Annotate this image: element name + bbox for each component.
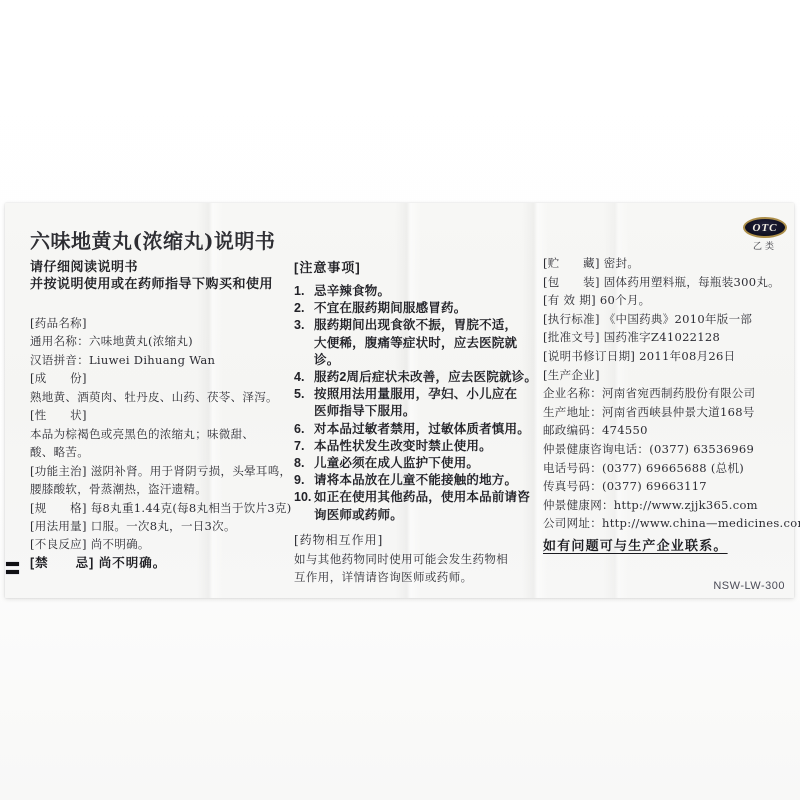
description-line: 本品为棕褐色或亮黑色的浓缩丸；味微甜、 [30,425,298,443]
section-drug-interactions: [药物相互作用] [294,531,542,550]
company-website-line: 公司网址：http://www.china—medicines.com [543,514,795,533]
item-text: 服药2周后症状未改善，应去医院就诊。 [314,369,537,386]
standard-line: [执行标准] 《中国药典》2010年版一部 [543,310,795,329]
item-number: 1. [294,283,314,300]
item-text: 按照用法用量服用，孕妇、小儿应在 医师指导下服用。 [314,386,517,420]
precaution-item: 4. 服药2周后症状未改善，应去医院就诊。 [294,369,542,386]
revision-date-line: [说明书修订日期] 2011年08月26日 [543,347,795,366]
functions-line: 腰膝酸软，骨蒸潮热，盗汗遗精。 [30,480,298,498]
item-number: 10. [294,489,314,506]
phone-line: 电话号码：(0377) 69665688 (总机) [543,459,795,478]
item-number: 3. [294,317,314,334]
item-text: 儿童必须在成人监护下使用。 [314,455,479,472]
approval-number-line: [批准文号] 国药准字Z41022128 [543,328,795,347]
functions-line: [功能主治] 滋阴补肾。用于肾阴亏损，头晕耳鸣， [30,462,298,480]
section-drug-name: [药品名称] [30,314,298,332]
item-number: 7. [294,438,314,455]
registration-bar [6,562,19,566]
precaution-item: 6. 对本品过敏者禁用，过敏体质者慎用。 [294,421,542,438]
item-text: 服药期间出现食欲不振，胃脘不适， 大便稀，腹痛等症状时，应去医院就诊。 [314,317,542,369]
address-line: 生产地址：河南省西峡县仲景大道168号 [543,403,795,422]
item-text: 请将本品放在儿童不能接触的地方。 [314,472,517,489]
description-line: 酸、略苦。 [30,443,298,461]
precaution-item: 1. 忌辛辣食物。 [294,283,542,300]
leaflet-photo: { "header": { "title": "六味地黄丸(浓缩丸)说明书", … [0,0,800,800]
otc-icon: OTC [743,217,787,238]
health-website-line: 仲景健康网：http://www.zjjk365.com [543,496,795,515]
item-number: 2. [294,300,314,317]
interaction-text: 如与其他药物同时使用可能会发生药物相 [294,550,542,569]
item-text: 不宜在服药期间服感冒药。 [314,300,466,317]
otc-label: OTC [753,222,778,234]
item-text: 如正在使用其他药品，使用本品前请咨 询医师或药师。 [314,489,530,523]
fax-line: 传真号码：(0377) 69663117 [543,477,795,496]
item-text: 对本品过敏者禁用，过敏体质者慎用。 [314,421,530,438]
specification-line: [规 格] 每8丸重1.44克(每8丸相当于饮片3克) [30,499,298,517]
contact-manufacturer-note: 如有问题可与生产企业联系。 [543,535,795,554]
composition-line: 熟地黄、酒萸肉、牡丹皮、山药、茯苓、泽泻。 [30,388,298,406]
precaution-item: 3. 服药期间出现食欲不振，胃脘不适， 大便稀，腹痛等症状时，应去医院就诊。 [294,317,542,369]
section-precautions: [注意事项] [294,257,542,276]
section-manufacturer: [生产企业] [543,366,795,385]
item-number: 4. [294,369,314,386]
notice-line: 并按说明使用或在药师指导下购买和使用 [30,275,273,292]
pinyin-line: 汉语拼音：Liuwei Dihuang Wan [30,351,298,369]
generic-name-line: 通用名称：六味地黄丸(浓缩丸) [30,332,298,350]
adverse-reactions-line: [不良反应] 尚不明确。 [30,535,298,553]
read-instructions-notice: 请仔细阅读说明书 并按说明使用或在药师指导下购买和使用 [30,258,273,292]
leaflet-paper: 六味地黄丸(浓缩丸)说明书 OTC 乙类 请仔细阅读说明书 并按说明使用或在药师… [5,203,794,598]
packaging-line: [包 装] 固体药用塑料瓶，每瓶装300丸。 [543,273,795,292]
item-number: 9. [294,472,314,489]
precaution-item: 5. 按照用法用量服用，孕妇、小儿应在 医师指导下服用。 [294,386,542,420]
page-title: 六味地黄丸(浓缩丸)说明书 [30,225,275,254]
document-code: NSW-LW-300 [713,580,785,592]
dosage-line: [用法用量] 口服。一次8丸，一日3次。 [30,517,298,535]
shelf-life-line: [有 效 期] 60个月。 [543,291,795,310]
drug-info-column: [药品名称] 通用名称：六味地黄丸(浓缩丸) 汉语拼音：Liuwei Dihua… [30,314,298,572]
item-number: 6. [294,421,314,438]
notice-line: 请仔细阅读说明书 [30,258,273,275]
precaution-item: 2. 不宜在服药期间服感冒药。 [294,300,542,317]
precaution-item: 7. 本品性状发生改变时禁止使用。 [294,438,542,455]
product-info-column: [贮 藏] 密封。 [包 装] 固体药用塑料瓶，每瓶装300丸。 [有 效 期]… [543,254,795,554]
contraindications-line: [禁 忌] 尚不明确。 [30,554,298,572]
precaution-item: 10. 如正在使用其他药品，使用本品前请咨 询医师或药师。 [294,489,542,523]
item-text: 本品性状发生改变时禁止使用。 [314,438,492,455]
postcode-line: 邮政编码：474550 [543,421,795,440]
precautions-column: [注意事项] 1. 忌辛辣食物。 2. 不宜在服药期间服感冒药。 3. 服药期间… [294,257,542,587]
registration-bar [6,570,19,574]
registration-mark-icon [6,562,19,578]
interaction-text: 互作用，详情请咨询医师或药师。 [294,568,542,587]
item-number: 8. [294,455,314,472]
item-number: 5. [294,386,314,403]
company-name-line: 企业名称：河南省宛西制药股份有限公司 [543,384,795,403]
precaution-item: 8. 儿童必须在成人监护下使用。 [294,455,542,472]
precaution-item: 9. 请将本品放在儿童不能接触的地方。 [294,472,542,489]
otc-badge: OTC 乙类 [741,217,789,252]
otc-class-label: 乙类 [741,239,789,252]
section-composition: [成 份] [30,369,298,387]
section-description: [性 状] [30,406,298,424]
health-hotline-line: 仲景健康咨询电话：(0377) 63536969 [543,440,795,459]
item-text: 忌辛辣食物。 [314,283,390,300]
storage-line: [贮 藏] 密封。 [543,254,795,273]
